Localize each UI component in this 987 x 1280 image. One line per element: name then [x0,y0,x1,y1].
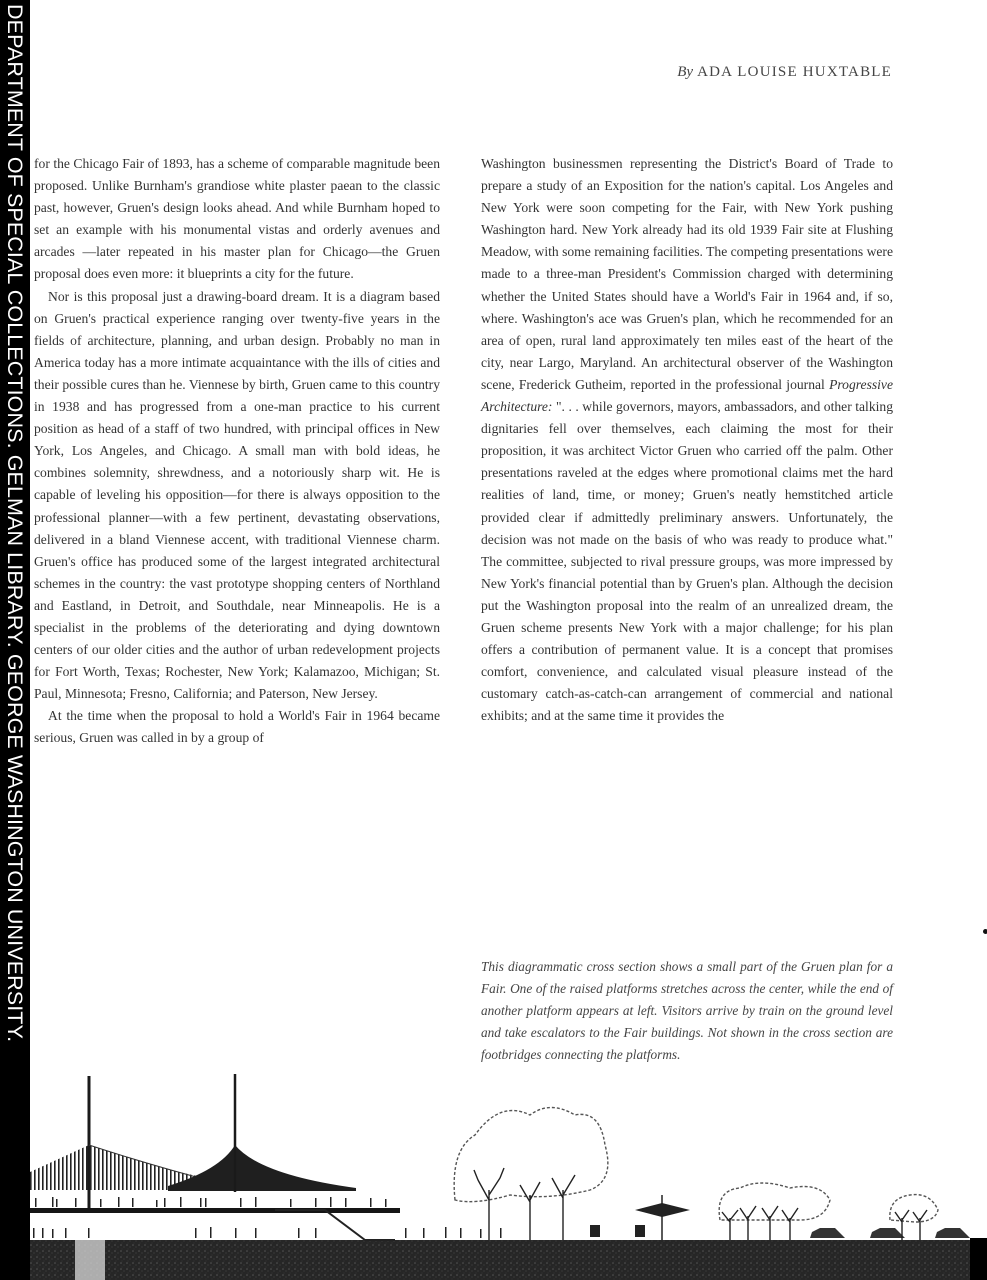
raised-platform [30,1208,400,1213]
ground-mass [30,1240,987,1280]
paragraph: for the Chicago Fair of 1893, has a sche… [34,153,440,286]
byline: ByADA LOUISE HUXTABLE [600,64,892,81]
paragraph: Nor is this proposal just a drawing-boar… [34,286,440,706]
tent-roof-center [168,1074,356,1192]
paragraph: At the time when the proposal to hold a … [34,705,440,749]
escalator [275,1210,395,1240]
paragraph: Washington businessmen representing the … [481,153,893,727]
cross-section-illustration [30,1070,987,1280]
figure-caption: This diagrammatic cross section shows a … [481,956,893,1066]
ink-speck [983,929,987,934]
archive-credit-banner: DEPARTMENT OF SPECIAL COLLECTIONS. GELMA… [0,0,30,1280]
byline-author: ADA LOUISE HUXTABLE [697,64,892,80]
paragraph-text: ". . . while governors, mayors, ambassad… [481,399,893,723]
archive-credit-text: DEPARTMENT OF SPECIAL COLLECTIONS. GELMA… [2,4,28,1042]
paragraph-text: Washington businessmen representing the … [481,156,893,392]
trees-large [454,1108,608,1241]
cars [810,1228,970,1238]
article-column-left: for the Chicago Fair of 1893, has a sche… [34,153,440,750]
byline-prefix: By [677,64,693,80]
article-column-right: Washington businessmen representing the … [481,153,893,727]
kiosk [590,1225,600,1237]
